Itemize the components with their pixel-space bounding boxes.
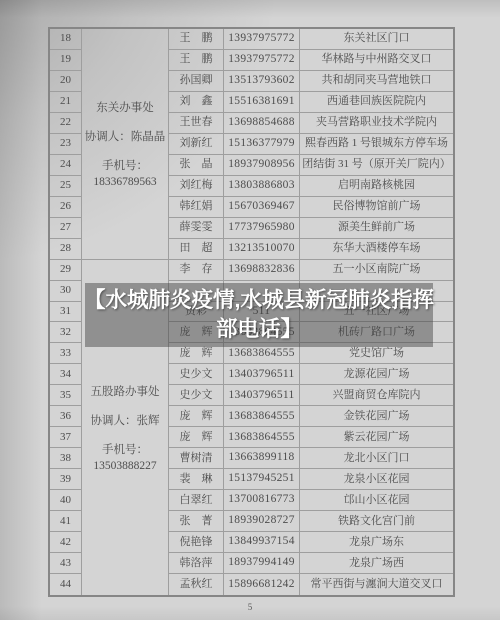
- row-number-cell: 31: [50, 302, 82, 323]
- name-cell: 庞 辉: [169, 427, 224, 448]
- location-cell: 龙源花园广场: [300, 364, 453, 385]
- row-number-cell: 34: [50, 364, 82, 385]
- row-number-cell: 21: [50, 92, 82, 113]
- location-cell: 东关社区门口: [300, 29, 453, 50]
- name-cell: 史少文: [169, 385, 224, 406]
- phone-cell: 13803886803: [224, 176, 300, 197]
- location-cell: 启明南路核桃园: [300, 176, 453, 197]
- location-cell: 龙泉广场西: [300, 553, 453, 574]
- row-number-cell: 32: [50, 322, 82, 343]
- row-number-cell: 37: [50, 427, 82, 448]
- row-number-cell: 42: [50, 532, 82, 553]
- name-cell: 倪艳锋: [169, 532, 224, 553]
- phone-label: 手机号：: [102, 157, 148, 173]
- name-cell: 张 晶: [169, 155, 224, 176]
- location-cell: 共和胡同夹马营地铁口: [300, 71, 453, 92]
- location-cell: 金铁花园广场: [300, 406, 453, 427]
- row-number-cell: 24: [50, 155, 82, 176]
- name-cell: 史少文: [169, 364, 224, 385]
- phone-cell: 13683864555: [224, 427, 300, 448]
- row-number-cell: 30: [50, 281, 82, 302]
- coordinator-name: 协调人：张辉: [91, 412, 160, 428]
- phone-cell: 15896681242: [224, 574, 300, 595]
- phone-cell: 15136377979: [224, 134, 300, 155]
- phone-cell: 13937975772: [224, 50, 300, 71]
- name-cell: 张 菁: [169, 511, 224, 532]
- scanned-document-page: 18王 鹏13937975772东关社区门口19王 鹏13937975772华林…: [0, 0, 500, 620]
- row-number-cell: 19: [50, 50, 82, 71]
- phone-cell: 17737965980: [224, 218, 300, 239]
- name-cell: 王 鹏: [169, 29, 224, 50]
- name-cell: 庞 辉: [169, 406, 224, 427]
- phone-cell: 13403796511: [224, 364, 300, 385]
- name-cell: 薛雯雯: [169, 218, 224, 239]
- page-number: 5: [0, 602, 500, 612]
- location-cell: 夹马营路职业技术学院内: [300, 113, 453, 134]
- phone-cell: 13513793602: [224, 71, 300, 92]
- location-cell: 团结街 31 号（原开关厂院内）: [300, 155, 453, 176]
- location-cell: 熙春西路 1 号银城东方停车场: [300, 134, 453, 155]
- row-number-cell: 36: [50, 406, 82, 427]
- row-number-cell: 23: [50, 134, 82, 155]
- name-cell: 刘红梅: [169, 176, 224, 197]
- row-number-cell: 25: [50, 176, 82, 197]
- location-cell: 五一小区南院广场: [300, 260, 453, 281]
- row-number-cell: 27: [50, 218, 82, 239]
- row-number-cell: 20: [50, 71, 82, 92]
- office-section-cell: 东关办事处协调人：陈晶晶手机号：18336789563: [82, 29, 169, 260]
- row-number-cell: 41: [50, 511, 82, 532]
- phone-cell: 18937908956: [224, 155, 300, 176]
- name-cell: 曹树清: [169, 448, 224, 469]
- phone-cell: 13403796511: [224, 385, 300, 406]
- name-cell: 孙国卿: [169, 71, 224, 92]
- phone-cell: 18939028727: [224, 511, 300, 532]
- location-cell: 兴盟商贸仓库院内: [300, 385, 453, 406]
- location-cell: 西通巷回族医院院内: [300, 92, 453, 113]
- row-number-cell: 22: [50, 113, 82, 134]
- location-cell: 龙泉广场东: [300, 532, 453, 553]
- phone-cell: 15137945251: [224, 469, 300, 490]
- phone-cell: 13663899118: [224, 448, 300, 469]
- phone-label: 手机号：: [102, 441, 148, 457]
- row-number-cell: 44: [50, 574, 82, 595]
- phone-cell: 13698832836: [224, 260, 300, 281]
- row-number-cell: 35: [50, 385, 82, 406]
- phone-cell: 13213510070: [224, 239, 300, 260]
- row-number-cell: 39: [50, 469, 82, 490]
- phone-cell: 15516381691: [224, 92, 300, 113]
- row-number-cell: 18: [50, 29, 82, 50]
- coordinator-name: 协调人：陈晶晶: [85, 128, 166, 144]
- row-number-cell: 28: [50, 239, 82, 260]
- location-cell: 民俗博物馆前广场: [300, 197, 453, 218]
- location-cell: 华林路与中州路交叉口: [300, 50, 453, 71]
- location-cell: 邙山小区花园: [300, 490, 453, 511]
- name-cell: 刘新红: [169, 134, 224, 155]
- phone-cell: 13698854688: [224, 113, 300, 134]
- coordinator-phone-number: 13503888227: [93, 460, 156, 472]
- phone-cell: 13937975772: [224, 29, 300, 50]
- name-cell: 裴 琳: [169, 469, 224, 490]
- watermark-line-1: 【水城肺炎疫情,水城县新冠肺炎指挥: [84, 286, 434, 315]
- location-cell: 东华大酒楼停车场: [300, 239, 453, 260]
- location-cell: 铁路文化宫门前: [300, 511, 453, 532]
- office-name: 东关办事处: [96, 99, 154, 115]
- phone-cell: 13683864555: [224, 406, 300, 427]
- location-cell: 紫云花园广场: [300, 427, 453, 448]
- watermark-line-2: 部电话】: [216, 315, 302, 344]
- watermark-overlay: 【水城肺炎疫情,水城县新冠肺炎指挥 部电话】: [85, 283, 433, 347]
- row-number-cell: 29: [50, 260, 82, 281]
- coordinator-phone-block: 手机号：13503888227: [93, 441, 156, 472]
- office-name: 五股路办事处: [91, 383, 160, 399]
- name-cell: 孟秋红: [169, 574, 224, 595]
- phone-cell: 13849937154: [224, 532, 300, 553]
- row-number-cell: 40: [50, 490, 82, 511]
- name-cell: 刘 鑫: [169, 92, 224, 113]
- name-cell: 韩洛萍: [169, 553, 224, 574]
- row-number-cell: 43: [50, 553, 82, 574]
- name-cell: 王世春: [169, 113, 224, 134]
- phone-cell: 18937994149: [224, 553, 300, 574]
- location-cell: 龙泉小区花园: [300, 469, 453, 490]
- phone-cell: 15670369467: [224, 197, 300, 218]
- row-number-cell: 26: [50, 197, 82, 218]
- row-number-cell: 33: [50, 343, 82, 364]
- name-cell: 田 超: [169, 239, 224, 260]
- location-cell: 常平西街与瀍涧大道交叉口: [300, 574, 453, 595]
- name-cell: 韩红娟: [169, 197, 224, 218]
- name-cell: 白翠红: [169, 490, 224, 511]
- coordinator-phone-block: 手机号：18336789563: [93, 157, 156, 188]
- location-cell: 龙北小区门口: [300, 448, 453, 469]
- name-cell: 李 存: [169, 260, 224, 281]
- name-cell: 王 鹏: [169, 50, 224, 71]
- coordinator-phone-number: 18336789563: [93, 176, 156, 188]
- row-number-cell: 38: [50, 448, 82, 469]
- phone-cell: 13700816773: [224, 490, 300, 511]
- location-cell: 源美生鲜前广场: [300, 218, 453, 239]
